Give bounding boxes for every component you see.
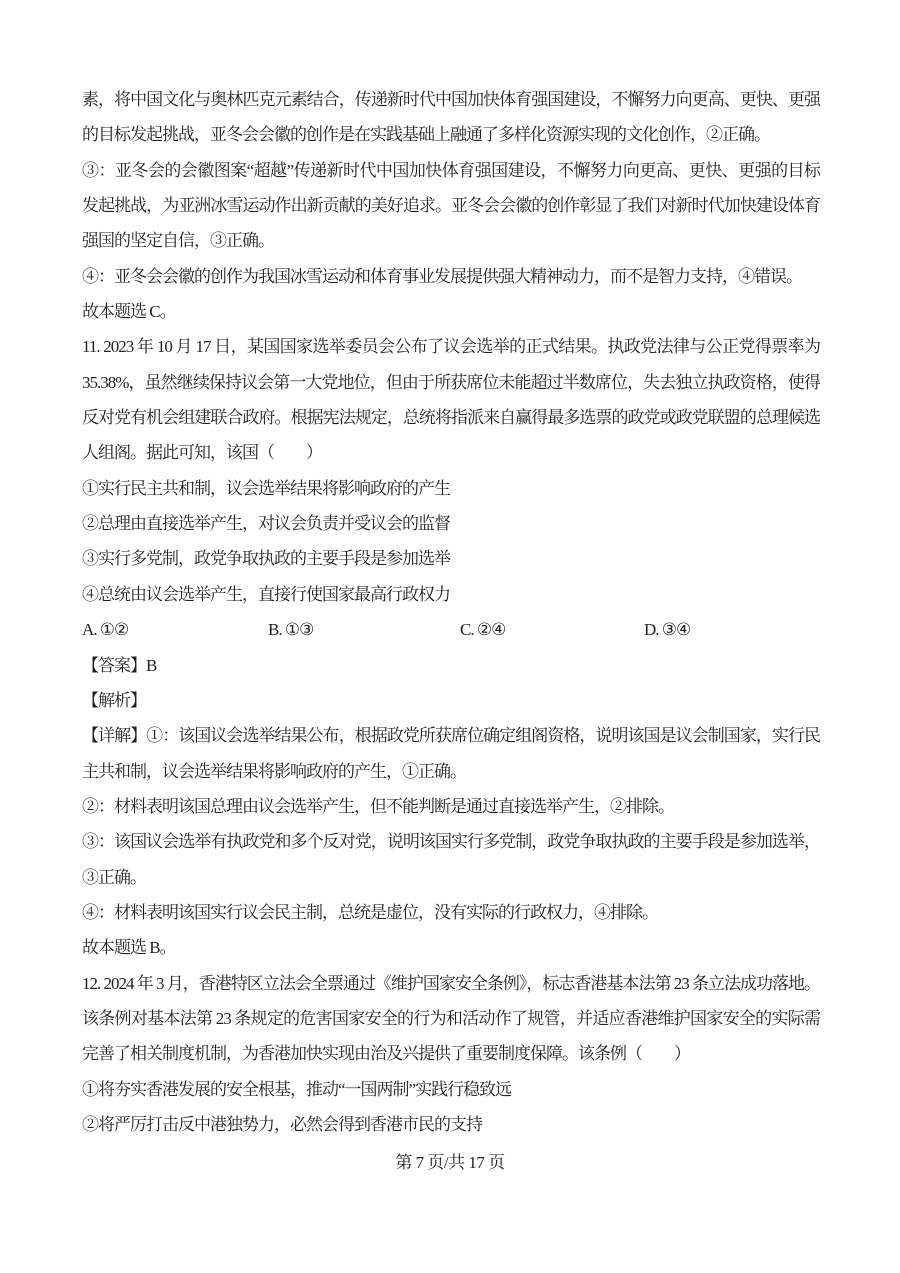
q10-expl-point3-line3: 强国的坚定自信，③正确。 — [82, 223, 820, 258]
q11-item1: ①实行民主共和制，议会选举结果将影响政府的产生 — [82, 471, 820, 506]
q11-detail-point1-line2: 主共和制，议会选举结果将影响政府的产生，①正确。 — [82, 754, 820, 789]
q11-detail-point3-line1: ③：该国议会选举有执政党和多个反对党，说明该国实行多党制，政党争取执政的主要手段… — [82, 824, 820, 859]
q11-choices-row: A. ①② B. ①③ C. ②④ D. ③④ — [82, 612, 820, 647]
q11-stem-line4: 人组阁。据此可知，该国（ ） — [82, 435, 820, 470]
q10-expl-point2-end: 的目标发起挑战，亚冬会会徽的创作是在实践基础上融通了多样化资源实现的文化创作，②… — [82, 117, 820, 152]
q10-expl-point2-line: 素，将中国文化与奥林匹克元素结合，传递新时代中国加快体育强国建设，不懈努力向更高… — [82, 82, 820, 117]
q11-choice-b: B. ①③ — [268, 612, 460, 647]
q12-item1: ①将夯实香港发展的安全根基，推动“一国两制”实践行稳致远 — [82, 1072, 820, 1107]
q11-detail-point1-line1: 【详解】①：该国议会选举结果公布，根据政党所获席位确定组阁资格，说明该国是议会制… — [82, 718, 820, 753]
q11-stem-line1: 11. 2023 年 10 月 17 日，某国国家选举委员会公布了议会选举的正式… — [82, 329, 820, 364]
q11-choice-c: C. ②④ — [460, 612, 644, 647]
q11-detail-point2: ②：材料表明该国总理由议会选举产生，但不能判断是通过直接选举产生，②排除。 — [82, 789, 820, 824]
q12-item2: ②将严厉打击反中港独势力，必然会得到香港市民的支持 — [82, 1107, 820, 1142]
q11-stem-line3: 反对党有机会组建联合政府。根据宪法规定，总统将指派来自赢得最多选票的政党或政党联… — [82, 400, 820, 435]
q10-expl-point3-line1: ③：亚冬会的会徽图案“超越”传递新时代中国加快体育强国建设，不懈努力向更高、更快… — [82, 153, 820, 188]
q10-conclusion: 故本题选 C。 — [82, 294, 820, 329]
q11-choice-d: D. ③④ — [644, 612, 820, 647]
q12-stem-line3: 完善了相关制度机制，为香港加快实现由治及兴提供了重要制度保障。该条例（ ） — [82, 1036, 820, 1071]
q11-item3: ③实行多党制，政党争取执政的主要手段是参加选举 — [82, 541, 820, 576]
q12-stem-line2: 该条例对基本法第 23 条规定的危害国家安全的行为和活动作了规管，并适应香港维护… — [82, 1001, 820, 1036]
q12-stem-line1: 12. 2024 年 3 月，香港特区立法会全票通过《维护国家安全条例》，标志香… — [82, 966, 820, 1001]
q11-item4: ④总统由议会选举产生，直接行使国家最高行政权力 — [82, 577, 820, 612]
q11-analysis-label: 【解析】 — [82, 683, 820, 718]
q11-conclusion: 故本题选 B。 — [82, 930, 820, 965]
exam-answer-page: 素，将中国文化与奥林匹克元素结合，传递新时代中国加快体育强国建设，不懈努力向更高… — [0, 0, 900, 1273]
q11-detail-point3-line2: ③正确。 — [82, 860, 820, 895]
q11-choice-a: A. ①② — [82, 612, 268, 647]
q11-answer: 【答案】B — [82, 648, 820, 683]
q10-expl-point3-line2: 发起挑战，为亚洲冰雪运动作出新贡献的美好追求。亚冬会会徽的创作彰显了我们对新时代… — [82, 188, 820, 223]
q10-expl-point4: ④：亚冬会会徽的创作为我国冰雪运动和体育事业发展提供强大精神动力，而不是智力支持… — [82, 259, 820, 294]
page-content: 素，将中国文化与奥林匹克元素结合，传递新时代中国加快体育强国建设，不懈努力向更高… — [82, 82, 820, 1142]
q11-detail-point4: ④：材料表明该国实行议会民主制，总统是虚位，没有实际的行政权力，④排除。 — [82, 895, 820, 930]
q11-stem-line2: 35.38%，虽然继续保持议会第一大党地位，但由于所获席位未能超过半数席位，失去… — [82, 365, 820, 400]
page-number-footer: 第 7 页/共 17 页 — [0, 1148, 900, 1173]
q11-item2: ②总理由直接选举产生，对议会负责并受议会的监督 — [82, 506, 820, 541]
